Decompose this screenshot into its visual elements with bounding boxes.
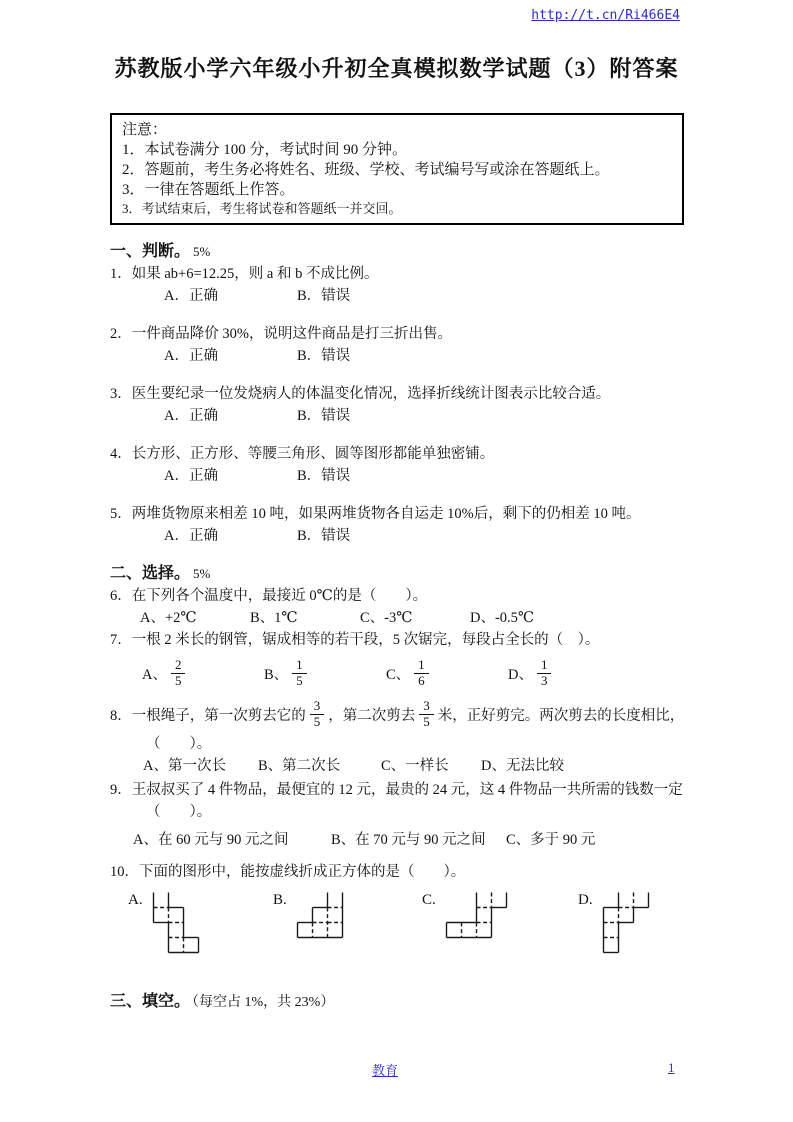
option-a: A．正确: [164, 345, 297, 367]
option-b: B、在 70 元与 90 元之间: [331, 829, 506, 851]
fraction: 15: [292, 658, 307, 688]
section-judgement-title: 一、判断。: [110, 243, 190, 260]
cube-net-option-c: C.: [422, 891, 508, 939]
option-b: B．错误: [297, 405, 350, 427]
section-fill-score: （每空占 1%，共 23%）: [192, 995, 334, 1010]
question-text: 1．如果 ab+6=12.25，则 a 和 b 不成比例。: [110, 263, 688, 285]
figure-label: C.: [422, 892, 436, 909]
question-text: 7．一根 2 米长的钢管，锯成相等的若干段，5 次锯完，每段占全长的（ ）。: [110, 629, 688, 651]
option-label: A、: [142, 663, 167, 684]
answer-blank: （ ）。: [110, 733, 688, 755]
option-a: A．正确: [164, 465, 297, 487]
option-b: B、第二次长: [258, 755, 381, 777]
question-6: 6．在下列各个温度中，最接近 0℃的是（ ）。 A、+2℃ B、1℃ C、-3℃…: [110, 585, 688, 629]
question-1: 1．如果 ab+6=12.25，则 a 和 b 不成比例。 A．正确B．错误: [110, 263, 688, 307]
cube-net-drawing: [296, 891, 344, 939]
section-choice-score: 5%: [193, 566, 210, 581]
option-d: D、-0.5℃: [470, 607, 580, 629]
cube-net-drawing: [152, 891, 200, 954]
figure-label: A.: [128, 892, 143, 909]
question-text: 10．下面的图形中，能按虚线折成正方体的是（ ）。: [110, 861, 688, 883]
footer-page-number-link[interactable]: 1: [668, 1060, 675, 1076]
cube-net-figures: A. B. C. D.: [110, 891, 688, 979]
question-2: 2．一件商品降价 30%，说明这件商品是打三折出售。 A．正确B．错误: [110, 323, 688, 367]
question-8: 8．一根绳子，第一次剪去它的35，第二次剪去35米，正好剪完。两次剪去的长度相比…: [110, 695, 688, 777]
question-text: 4．长方形、正方形、等腰三角形、圆等图形都能单独密铺。: [110, 443, 688, 465]
option-d: D、13: [508, 658, 630, 688]
option-label: D、: [508, 663, 533, 684]
notice-heading: 注意：: [122, 120, 672, 140]
question-text: 6．在下列各个温度中，最接近 0℃的是（ ）。: [110, 585, 688, 607]
notice-item: 1．本试卷满分 100 分，考试时间 90 分钟。: [122, 140, 672, 160]
section-fill-heading: 三、填空。（每空占 1%，共 23%）: [110, 991, 688, 1014]
option-a: A、+2℃: [140, 607, 250, 629]
question-text-part: ，第二次剪去: [328, 704, 415, 725]
option-b: B．错误: [297, 345, 350, 367]
option-c: C、多于 90 元: [506, 829, 595, 851]
section-judgement-score: 5%: [193, 244, 210, 259]
option-a: A．正确: [164, 285, 297, 307]
option-a: A、25: [142, 658, 264, 688]
section-choice-title: 二、选择。: [110, 565, 190, 582]
option-label: C、: [386, 663, 410, 684]
option-b: B．错误: [297, 465, 350, 487]
section-fill-title: 三、填空。: [110, 993, 190, 1010]
question-10: 10．下面的图形中，能按虚线折成正方体的是（ ）。 A. B. C. D.: [110, 861, 688, 979]
page-title: 苏教版小学六年级小升初全真模拟数学试题（3）附答案: [0, 52, 793, 83]
notice-item: 2．答题前，考生务必将姓名、班级、学校、考试编号写或涂在答题纸上。: [122, 160, 672, 180]
option-b: B．错误: [297, 525, 350, 547]
question-4: 4．长方形、正方形、等腰三角形、圆等图形都能单独密铺。 A．正确B．错误: [110, 443, 688, 487]
option-a: A．正确: [164, 405, 297, 427]
cube-net-drawing: [602, 891, 650, 954]
footer-education-link[interactable]: 教育: [372, 1060, 398, 1079]
option-a: A．正确: [164, 525, 297, 547]
exam-document-page: http://t.cn/Ri466E4 苏教版小学六年级小升初全真模拟数学试题（…: [0, 0, 793, 1122]
figure-label: D.: [578, 892, 593, 909]
section-choice-heading: 二、选择。5%: [110, 563, 688, 585]
notice-item: 3．考试结束后，考生将试卷和答题纸一并交回。: [122, 200, 672, 218]
cube-net-option-d: D.: [578, 891, 650, 954]
option-d: D、无法比较: [481, 755, 564, 777]
fraction: 35: [419, 699, 434, 729]
fraction: 13: [537, 658, 552, 688]
question-text: 9．王叔叔买了 4 件物品，最便宜的 12 元，最贵的 24 元，这 4 件物品…: [110, 779, 688, 801]
question-5: 5．两堆货物原来相差 10 吨，如果两堆货物各自运走 10%后，剩下的仍相差 1…: [110, 503, 688, 547]
question-text: 2．一件商品降价 30%，说明这件商品是打三折出售。: [110, 323, 688, 345]
section-judgement-heading: 一、判断。5%: [110, 241, 688, 263]
question-text-part: 米，正好剪完。两次剪去的长度相比，: [438, 704, 685, 725]
fraction: 25: [171, 658, 186, 688]
cube-net-option-b: B.: [273, 891, 344, 939]
notice-item: 3．一律在答题纸上作答。: [122, 180, 672, 200]
notice-box: 注意： 1．本试卷满分 100 分，考试时间 90 分钟。 2．答题前，考生务必…: [110, 113, 684, 225]
option-b: B、15: [264, 658, 386, 688]
option-b: B、1℃: [250, 607, 360, 629]
option-c: C、-3℃: [360, 607, 470, 629]
source-url-link[interactable]: http://t.cn/Ri466E4: [531, 8, 680, 23]
option-c: C、16: [386, 658, 508, 688]
question-9: 9．王叔叔买了 4 件物品，最便宜的 12 元，最贵的 24 元，这 4 件物品…: [110, 779, 688, 851]
question-3: 3．医生要纪录一位发烧病人的体温变化情况，选择折线统计图表示比较合适。 A．正确…: [110, 383, 688, 427]
option-c: C、一样长: [381, 755, 481, 777]
answer-blank: （ ）。: [110, 801, 688, 823]
question-text: 3．医生要纪录一位发烧病人的体温变化情况，选择折线统计图表示比较合适。: [110, 383, 688, 405]
question-text-part: 8．一根绳子，第一次剪去它的: [110, 704, 306, 725]
option-a: A、第一次长: [143, 755, 258, 777]
figure-label: B.: [273, 892, 287, 909]
option-label: B、: [264, 663, 288, 684]
document-body: 注意： 1．本试卷满分 100 分，考试时间 90 分钟。 2．答题前，考生务必…: [110, 113, 688, 1014]
question-7: 7．一根 2 米长的钢管，锯成相等的若干段，5 次锯完，每段占全长的（ ）。 A…: [110, 629, 688, 695]
cube-net-option-a: A.: [128, 891, 200, 954]
top-link-row: http://t.cn/Ri466E4: [0, 8, 680, 23]
cube-net-drawing: [445, 891, 508, 939]
question-text: 5．两堆货物原来相差 10 吨，如果两堆货物各自运走 10%后，剩下的仍相差 1…: [110, 503, 688, 525]
fraction: 16: [414, 658, 429, 688]
fraction: 35: [310, 699, 325, 729]
option-a: A、在 60 元与 90 元之间: [133, 829, 331, 851]
option-b: B．错误: [297, 285, 350, 307]
